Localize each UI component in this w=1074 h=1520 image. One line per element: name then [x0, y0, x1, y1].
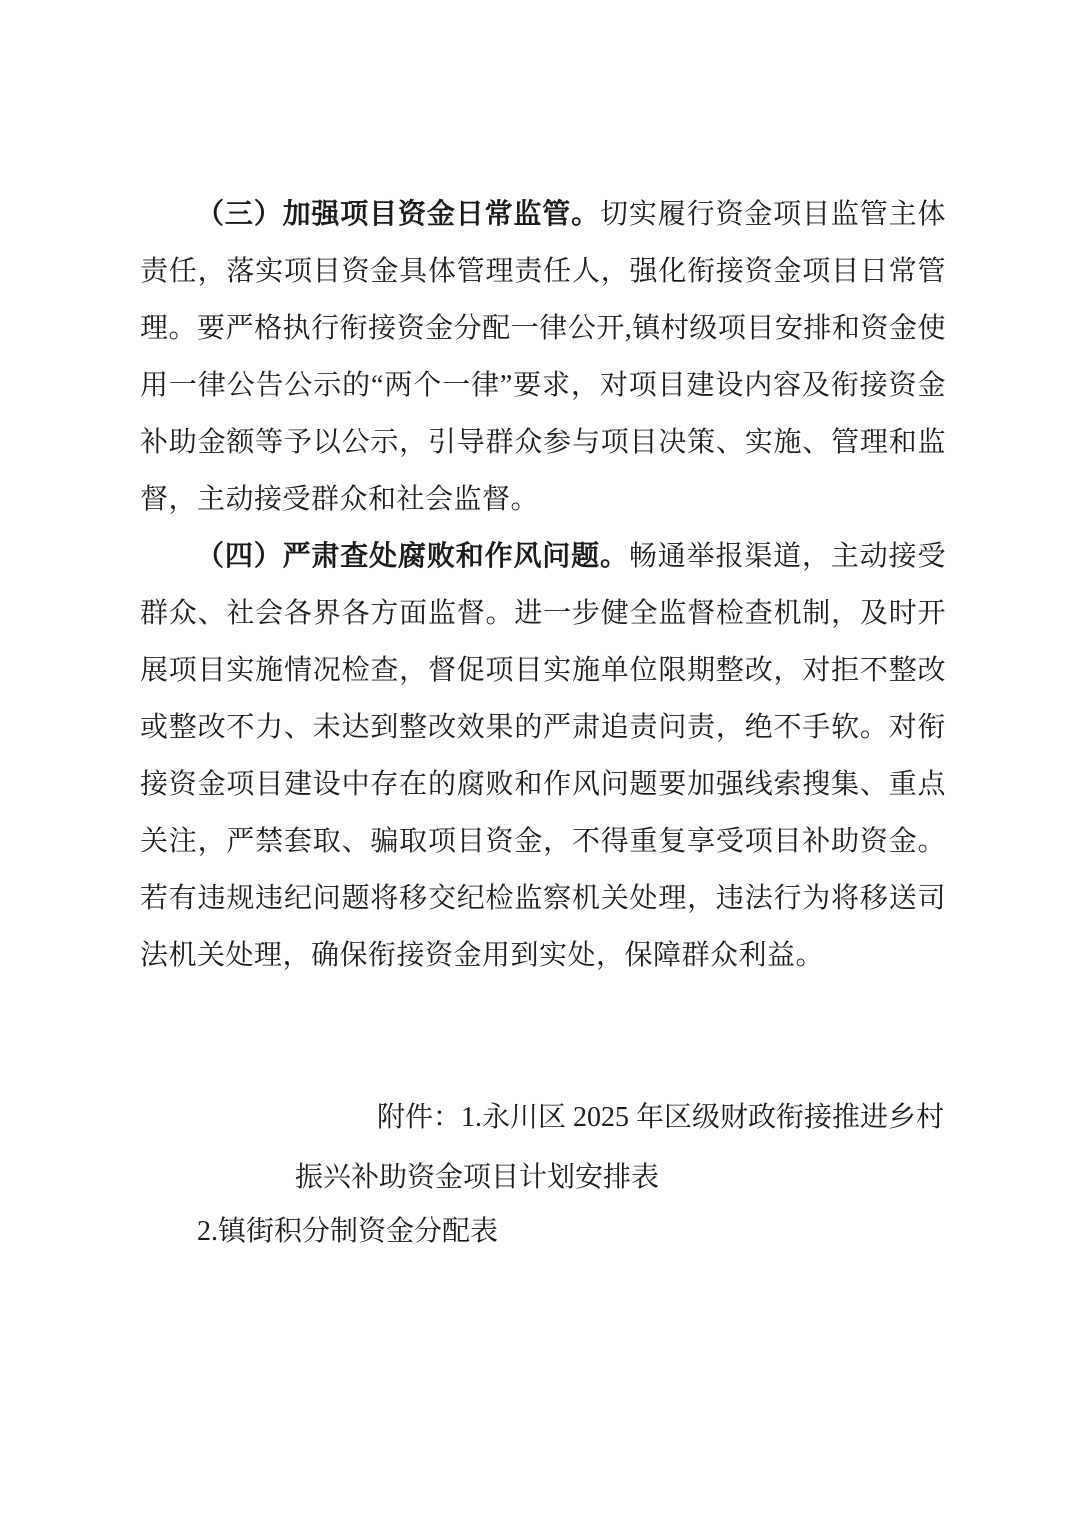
attachment-item-2-line: 2.镇街积分制资金分配表 [197, 1212, 498, 1252]
paragraph-item-4-text: 畅通举报渠道，主动接受群众、社会各界各方面监督。进一步健全监督检查机制，及时开展… [140, 541, 946, 971]
document-body: （三）加强项目资金日常监管。切实履行资金项目监管主体责任，落实项目资金具体管理责… [140, 186, 946, 984]
paragraph-item-4: （四）严肃查处腐败和作风问题。畅通举报渠道，主动接受群众、社会各界各方面监督。进… [140, 528, 946, 984]
paragraph-item-4-heading: （四）严肃查处腐败和作风问题。 [196, 541, 629, 572]
attachment-label-line-1: 附件：1.永川区 2025 年区级财政衔接推进乡村 [377, 1098, 944, 1138]
paragraph-item-3: （三）加强项目资金日常监管。切实履行资金项目监管主体责任，落实项目资金具体管理责… [140, 186, 946, 528]
attachment-title-continuation-line: 振兴补助资金项目计划安排表 [295, 1158, 659, 1198]
paragraph-item-3-text: 切实履行资金项目监管主体责任，落实项目资金具体管理责任人，强化衔接资金项目日常管… [140, 199, 946, 515]
paragraph-item-3-heading: （三）加强项目资金日常监管。 [196, 199, 600, 230]
document-page: （三）加强项目资金日常监管。切实履行资金项目监管主体责任，落实项目资金具体管理责… [0, 0, 1074, 1520]
